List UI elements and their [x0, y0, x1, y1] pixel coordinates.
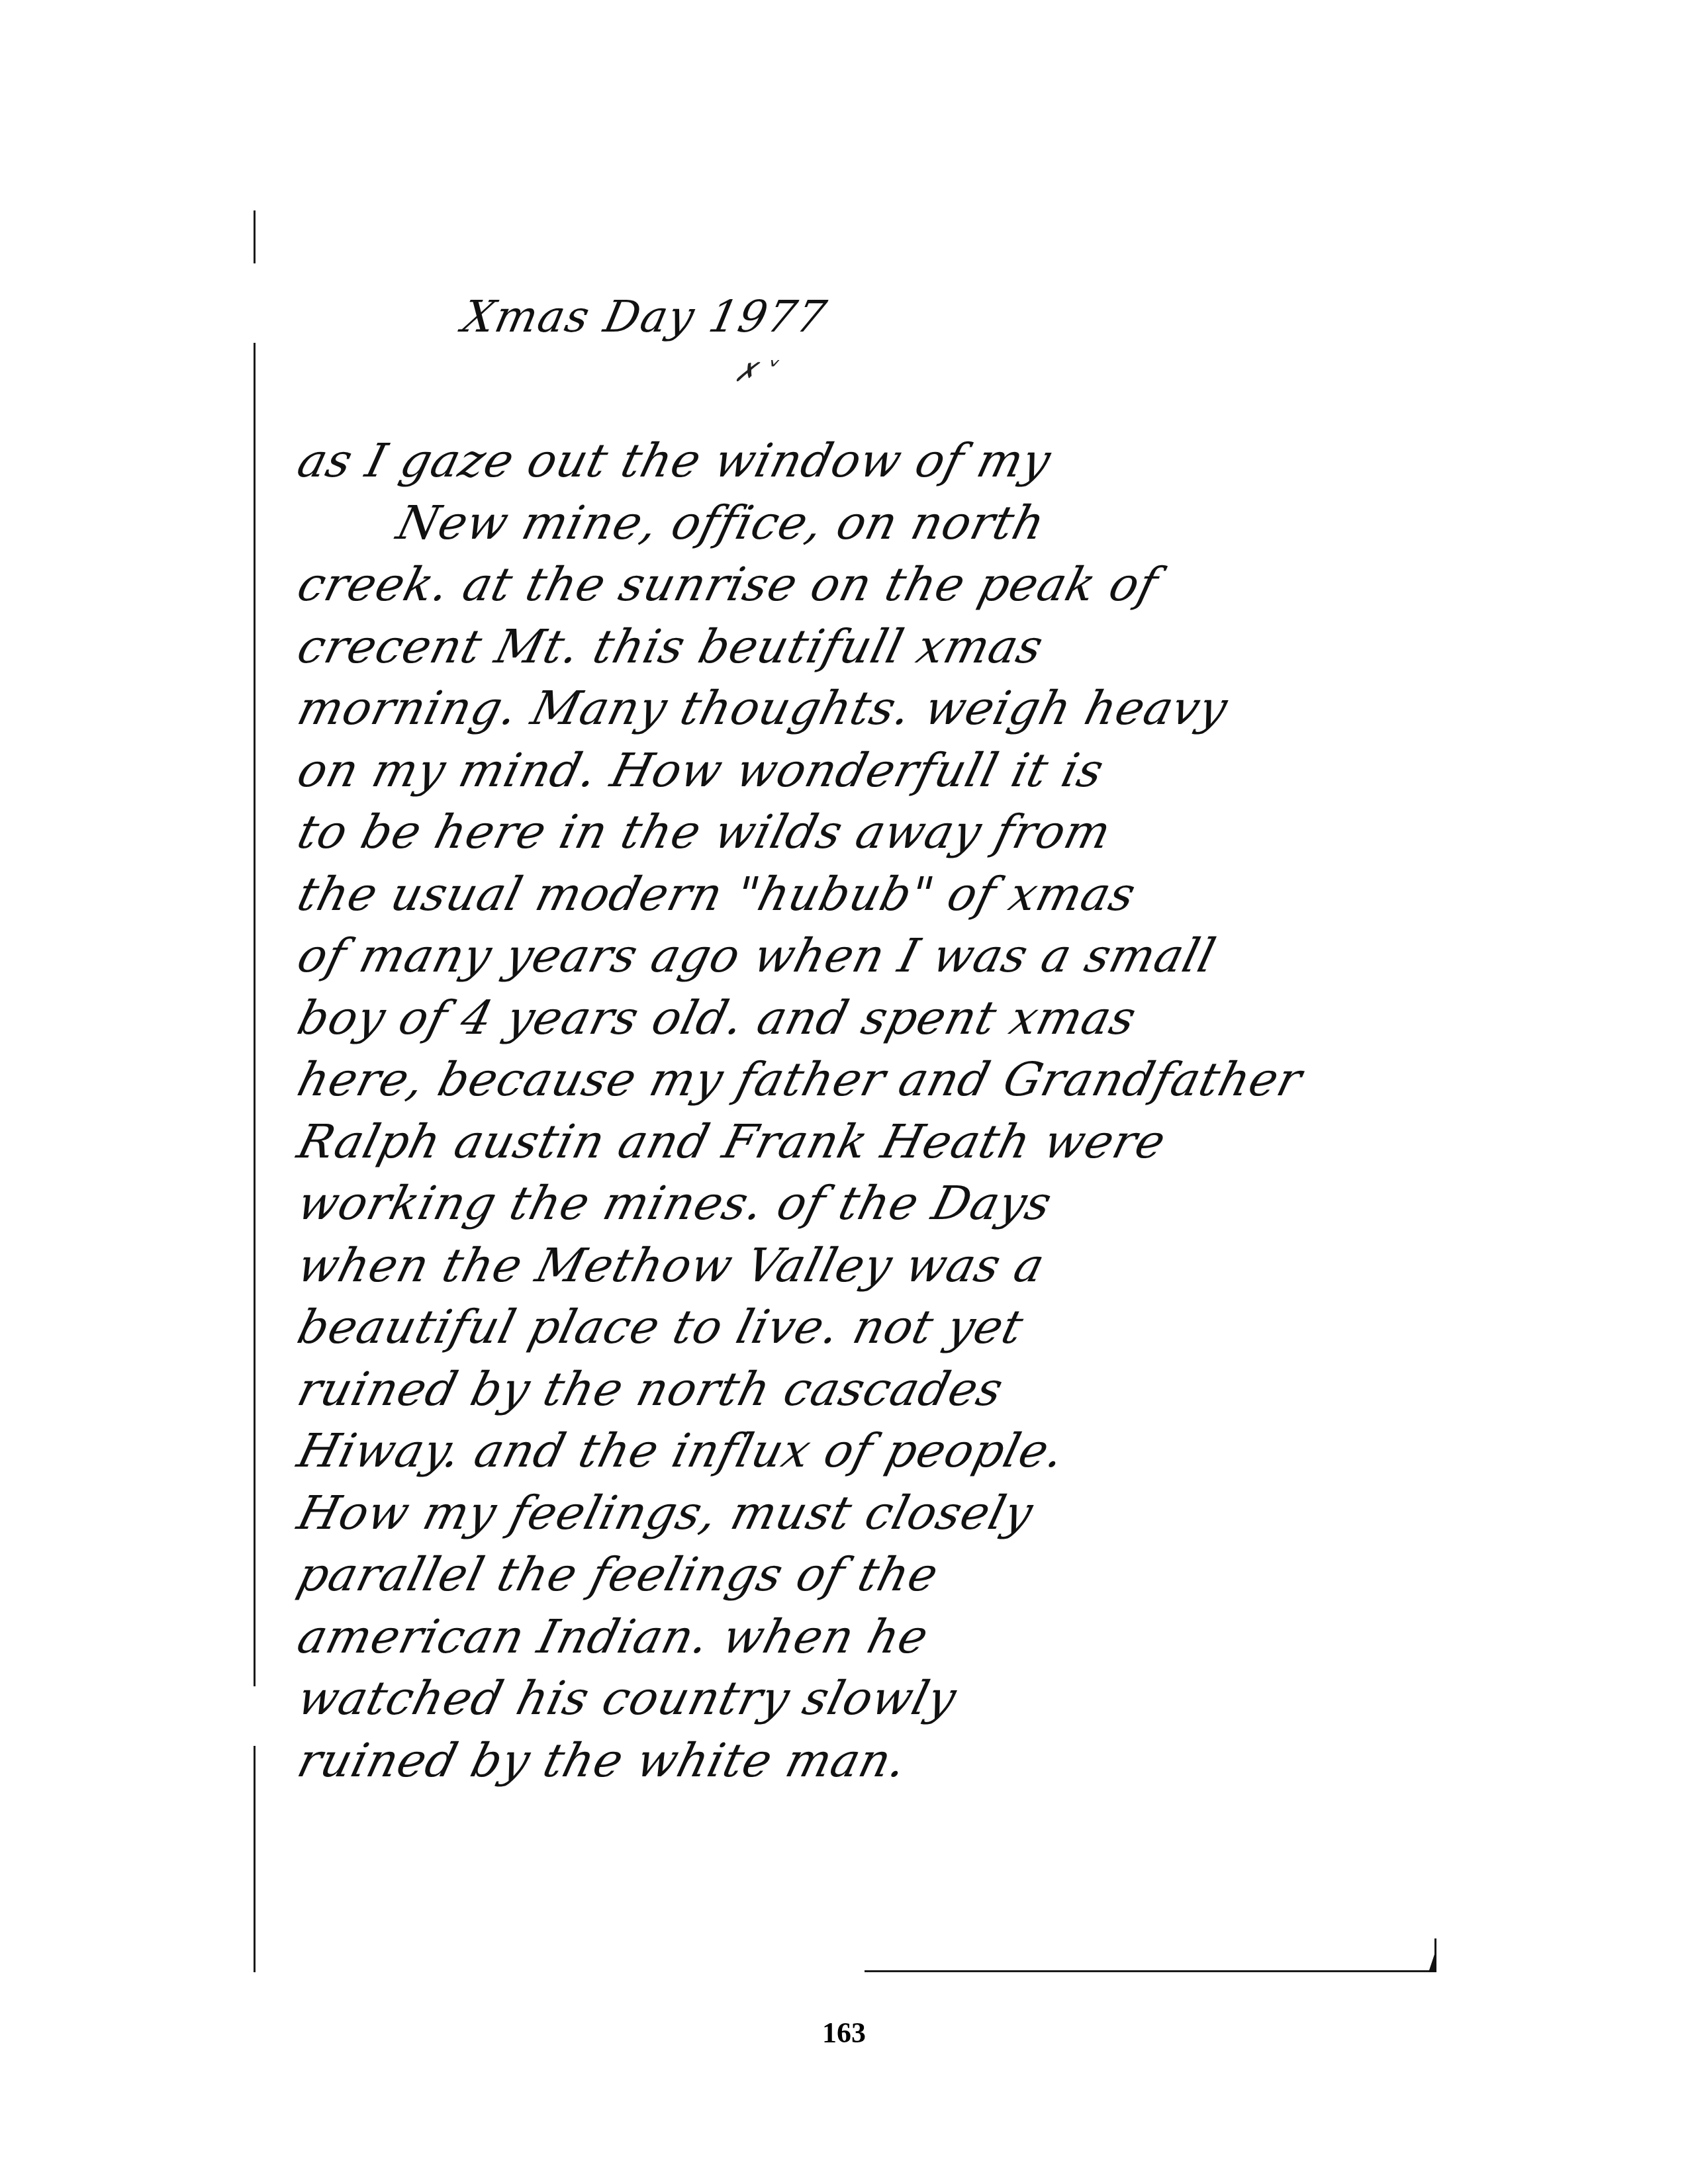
handwritten-line: creek. at the sunrise on the peak of [291, 554, 1445, 616]
handwritten-line: the usual modern "hubub" of xmas [291, 864, 1445, 926]
heading-scribble: ✗ ˅ [731, 357, 782, 388]
handwritten-line: ruined by the north cascades [291, 1359, 1445, 1421]
handwritten-line: Hiway. and the influx of people. [291, 1420, 1445, 1482]
handwritten-line: on my mind. How wonderfull it is [291, 740, 1445, 802]
handwritten-line: as I gaze out the window of my [291, 430, 1445, 492]
handwritten-line: New mine, office, on north [291, 492, 1445, 555]
handwritten-line: to be here in the wilds away from [291, 801, 1445, 864]
handwritten-line: here, because my father and Grandfather [291, 1049, 1445, 1111]
handwritten-line: crecent Mt. this beutifull xmas [291, 616, 1445, 678]
handwritten-line: of many years ago when I was a small [291, 925, 1445, 987]
handwritten-letter-body: as I gaze out the window of my New mine,… [291, 430, 1430, 1792]
border-gap [256, 1969, 865, 1973]
handwritten-line: boy of 4 years old. and spent xmas [291, 987, 1445, 1050]
handwritten-line: Ralph austin and Frank Heath were [291, 1111, 1445, 1173]
letter-heading: Xmas Day 1977 [458, 291, 832, 342]
border-corner-mark [1429, 1948, 1436, 1972]
border-gap [253, 263, 257, 343]
handwritten-line: How my feelings, must closely [291, 1482, 1445, 1545]
page-number: 163 [0, 2016, 1688, 2050]
handwritten-line: working the mines. of the Days [291, 1173, 1445, 1235]
handwritten-line: ruined by the white man. [291, 1730, 1445, 1792]
handwritten-line: morning. Many thoughts. weigh heavy [291, 678, 1445, 740]
handwritten-line: beautiful place to live. not yet [291, 1297, 1445, 1359]
handwritten-line: when the Methow Valley was a [291, 1235, 1445, 1297]
handwritten-line: parallel the feelings of the [291, 1544, 1445, 1606]
handwritten-line: watched his country slowly [291, 1668, 1445, 1730]
border-gap [253, 1686, 257, 1746]
handwritten-line: american Indian. when he [291, 1606, 1445, 1668]
